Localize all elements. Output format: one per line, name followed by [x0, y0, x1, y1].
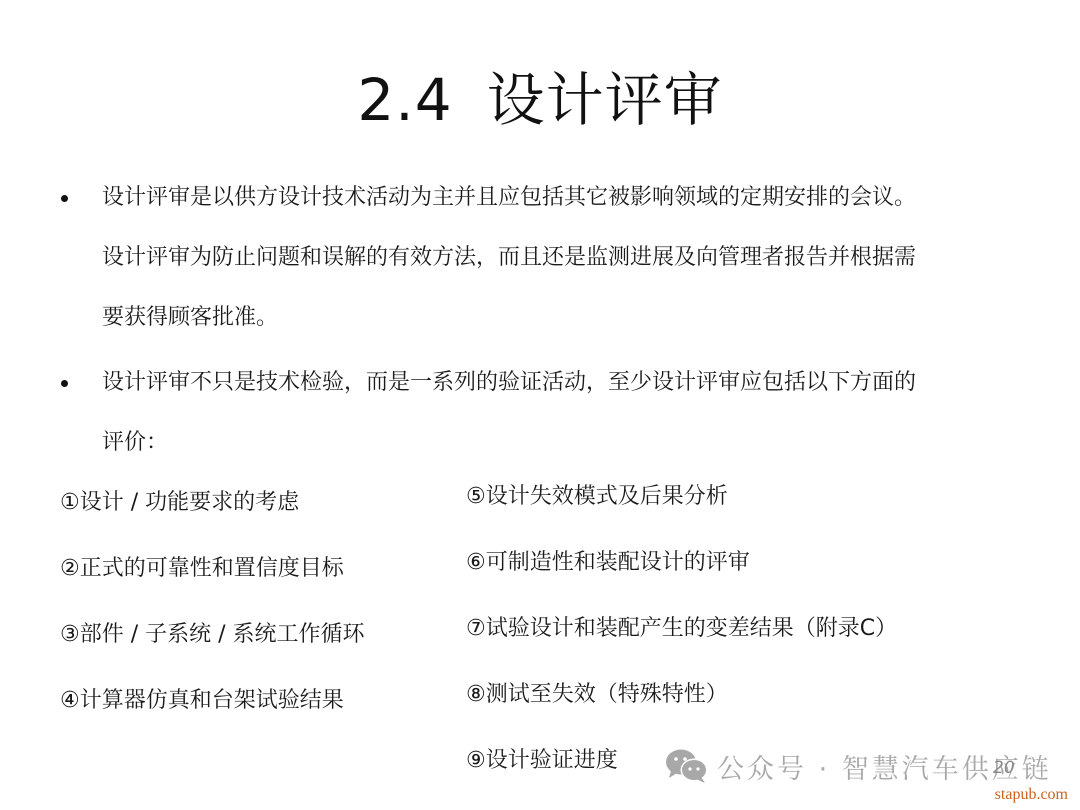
page-number: 20: [993, 758, 1015, 778]
bullet-dot-icon: [61, 380, 68, 387]
bullet-line: 评价：: [102, 413, 1016, 473]
site-watermark: stapub.com: [995, 786, 1068, 804]
slide: 2.4设计评审 设计评审是以供方设计技术活动为主并且应包括其它被影响领域的定期安…: [0, 0, 1080, 810]
aspect-item: ①设计 / 功能要求的考虑: [60, 478, 365, 544]
wechat-icon: [665, 748, 709, 784]
slide-title: 2.4设计评审: [0, 62, 1080, 138]
aspect-item: ⑥可制造性和装配设计的评审: [466, 538, 897, 604]
bullet-list: 设计评审是以供方设计技术活动为主并且应包括其它被影响领域的定期安排的会议。 设计…: [56, 168, 1016, 473]
aspect-item: ④计算器仿真和台架试验结果: [60, 676, 365, 742]
bullet-dot-icon: [61, 195, 68, 202]
aspect-item: ⑤设计失效模式及后果分析: [466, 472, 897, 538]
bullet-line: 设计评审是以供方设计技术活动为主并且应包括其它被影响领域的定期安排的会议。: [102, 168, 1016, 228]
aspect-item: ③部件 / 子系统 / 系统工作循环: [60, 610, 365, 676]
title-text: 设计评审: [487, 66, 723, 134]
bullet-item: 设计评审是以供方设计技术活动为主并且应包括其它被影响领域的定期安排的会议。 设计…: [56, 168, 1016, 348]
bullet-line: 要获得顾客批准。: [102, 288, 1016, 348]
bullet-line: 设计评审不只是技术检验，而是一系列的验证活动，至少设计评审应包括以下方面的: [102, 353, 1016, 413]
bullet-item: 设计评审不只是技术检验，而是一系列的验证活动，至少设计评审应包括以下方面的 评价…: [56, 353, 1016, 473]
section-number: 2.4: [357, 66, 452, 134]
aspect-item: ⑦试验设计和装配产生的变差结果（附录C）: [466, 604, 897, 670]
bullet-line: 设计评审为防止问题和误解的有效方法，而且还是监测进展及向管理者报告并根据需: [102, 228, 1016, 288]
aspect-item: ②正式的可靠性和置信度目标: [60, 544, 365, 610]
aspects-column-left: ①设计 / 功能要求的考虑 ②正式的可靠性和置信度目标 ③部件 / 子系统 / …: [60, 478, 365, 742]
aspect-item: ⑧测试至失效（特殊特性）: [466, 670, 897, 736]
